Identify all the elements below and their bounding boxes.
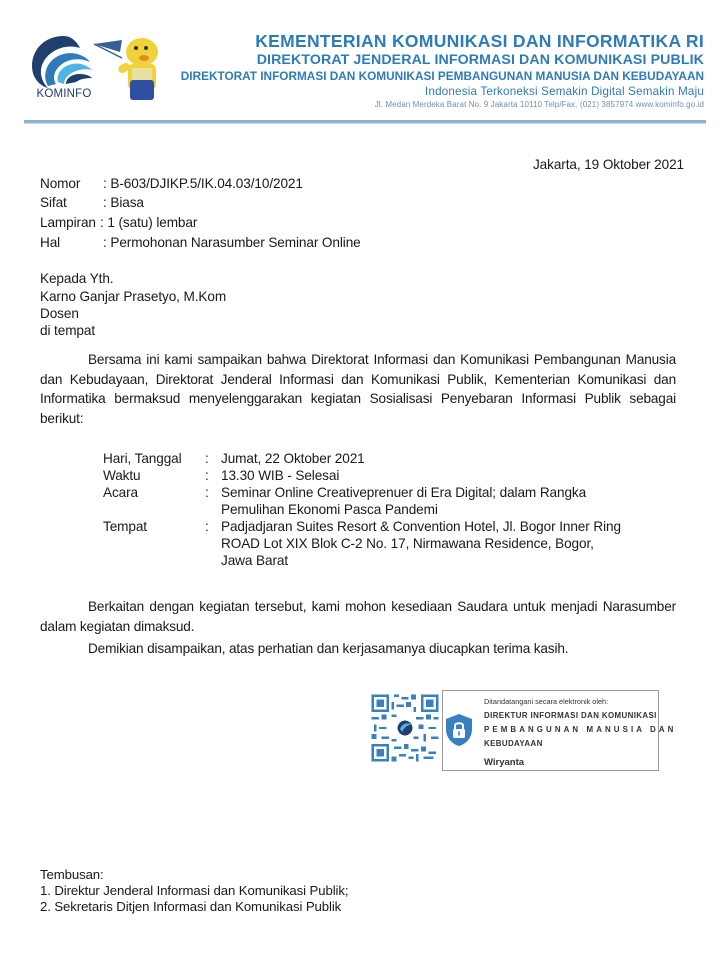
address: Jl. Medan Merdeka Barat No. 9 Jakarta 10… (181, 99, 704, 111)
detail-label-event: Acara (103, 484, 138, 501)
tagline: Indonesia Terkoneksi Semakin Digital Sem… (181, 84, 704, 99)
recipient-location: di tempat (40, 322, 95, 339)
logo-text: KOMINFO (28, 88, 100, 100)
signatory-title-line2: PEMBANGUNAN MANUSIA DAN (484, 725, 676, 734)
detail-value-event-line2: Pemulihan Ekonomi Pasca Pandemi (221, 501, 438, 518)
detail-value-venue-line1: Padjadjaran Suites Resort & Convention H… (221, 518, 621, 535)
detail-value-date: Jumat, 22 Oktober 2021 (221, 450, 365, 467)
signatory-name: Wiryanta (484, 757, 524, 768)
meta-value-lampiran: : 1 (satu) lembar (100, 214, 197, 231)
shield-lock-icon (444, 712, 474, 748)
meta-label-nomor: Nomor (40, 175, 80, 192)
detail-label-venue: Tempat (103, 518, 147, 535)
closing-paragraph: Demikian disampaikan, atas perhatian dan… (40, 639, 676, 659)
meta-label-sifat: Sifat (40, 194, 67, 211)
letterhead-divider (24, 120, 706, 124)
detail-label-date: Hari, Tanggal (103, 450, 182, 467)
detail-value-event-line1: Seminar Online Creativeprenuer di Era Di… (221, 484, 586, 501)
meta-value-nomor: : B-603/DJIKP.5/IK.04.03/10/2021 (103, 175, 303, 192)
detail-colon: : (205, 484, 209, 501)
detail-colon: : (205, 450, 209, 467)
request-paragraph: Berkaitan dengan kegiatan tersebut, kami… (40, 597, 676, 636)
meta-value-sifat: : Biasa (103, 194, 144, 211)
meta-value-hal: : Permohonan Narasumber Seminar Online (103, 234, 361, 251)
recipient-greeting: Kepada Yth. (40, 270, 113, 287)
signatory-title-line3: KEBUDAYAAN (484, 739, 543, 748)
ministry-name: KEMENTERIAN KOMUNIKASI DAN INFORMATIKA R… (181, 31, 704, 52)
letterhead-text: KEMENTERIAN KOMUNIKASI DAN INFORMATIKA R… (181, 31, 704, 111)
signatory-title-line1: DIREKTUR INFORMASI DAN KOMUNIKASI (484, 711, 657, 720)
cc-heading: Tembusan: (40, 866, 104, 883)
meta-label-lampiran: Lampiran (40, 214, 96, 231)
e-signature-note: Ditandatangani secara elektronik oleh: (484, 697, 608, 706)
qr-code-icon (369, 692, 441, 764)
directorate-general-name: DIREKTORAT JENDERAL INFORMASI DAN KOMUNI… (181, 52, 704, 69)
meta-label-hal: Hal (40, 234, 60, 251)
detail-value-venue-line2: ROAD Lot XIX Blok C-2 No. 17, Nirmawana … (221, 535, 594, 552)
detail-value-venue-line3: Jawa Barat (221, 552, 288, 569)
place-date: Jakarta, 19 Oktober 2021 (533, 156, 684, 173)
cc-item: 1. Direktur Jenderal Informasi dan Komun… (40, 882, 348, 899)
detail-colon: : (205, 467, 209, 484)
detail-value-time: 13.30 WIB - Selesai (221, 467, 339, 484)
detail-label-time: Waktu (103, 467, 141, 484)
directorate-name: DIREKTORAT INFORMASI DAN KOMUNIKASI PEMB… (181, 69, 704, 84)
cc-item: 2. Sekretaris Ditjen Informasi dan Komun… (40, 898, 341, 915)
intro-paragraph: Bersama ini kami sampaikan bahwa Direkto… (40, 350, 676, 428)
mascot-icon (92, 34, 174, 104)
recipient-position: Dosen (40, 305, 79, 322)
detail-colon: : (205, 518, 209, 535)
recipient-name: Karno Ganjar Prasetyo, M.Kom (40, 288, 226, 305)
